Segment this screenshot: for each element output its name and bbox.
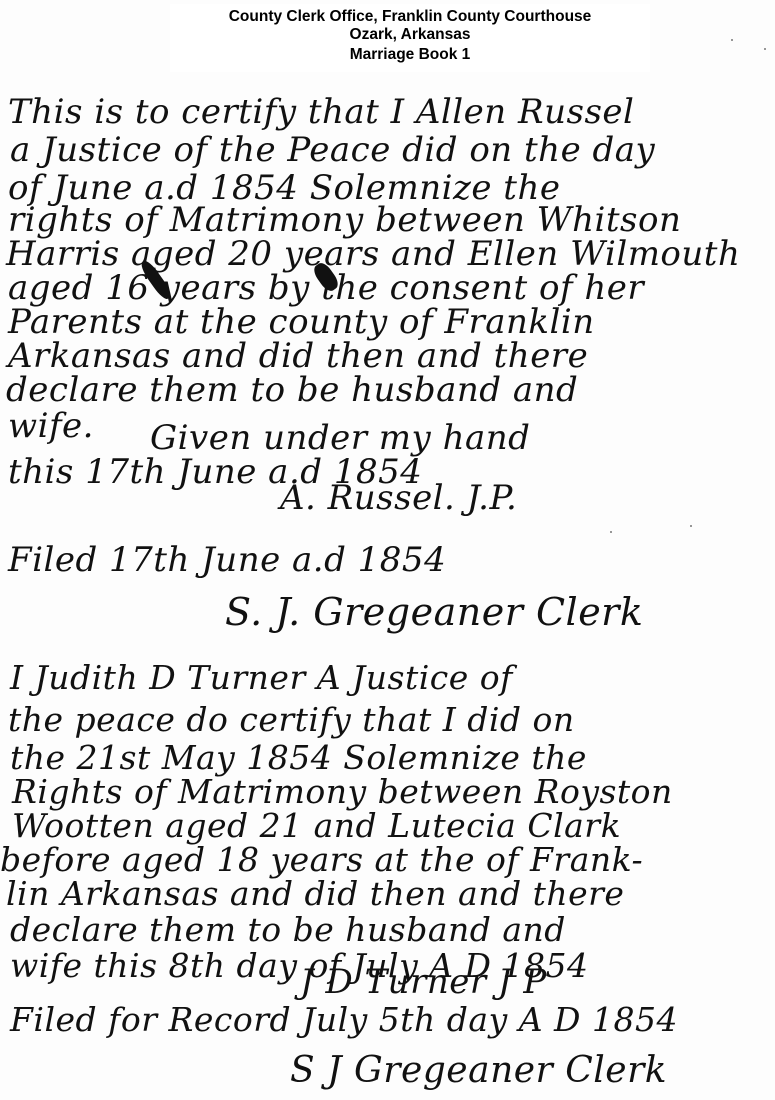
record2-line-8: declare them to be husband and [10, 910, 566, 949]
record2-line-2: the peace do certify that I did on [8, 700, 575, 739]
header-office: County Clerk Office, Franklin County Cou… [170, 8, 650, 26]
record1-justice-signature: A. Russel. J.P. [280, 478, 517, 518]
record1-clerk-signature: S. J. Gregeaner Clerk [225, 590, 643, 634]
document-header: County Clerk Office, Franklin County Cou… [170, 4, 650, 72]
scan-speck [610, 531, 612, 533]
record2-justice-signature: J D Turner J P [300, 962, 547, 1002]
record2-filed-line: Filed for Record July 5th day A D 1854 [10, 1000, 678, 1039]
record1-filed-line: Filed 17th June a.d 1854 [8, 540, 446, 580]
header-book: Marriage Book 1 [170, 44, 650, 66]
record1-line-9: declare them to be husband and [6, 370, 578, 410]
scan-speck [690, 525, 692, 527]
record2-line-1: I Judith D Turner A Justice of [10, 658, 513, 697]
scan-speck [731, 39, 733, 41]
record1-line-10: wife. [8, 406, 94, 446]
record2-clerk-signature: S J Gregeaner Clerk [290, 1050, 667, 1091]
scan-speck [764, 48, 766, 50]
record1-line-1: This is to certify that I Allen Russel [8, 92, 634, 132]
record2-line-7: lin Arkansas and did then and there [6, 874, 624, 913]
record1-line-2: a Justice of the Peace did on the day [10, 130, 655, 170]
header-location: Ozark, Arkansas [170, 26, 650, 44]
